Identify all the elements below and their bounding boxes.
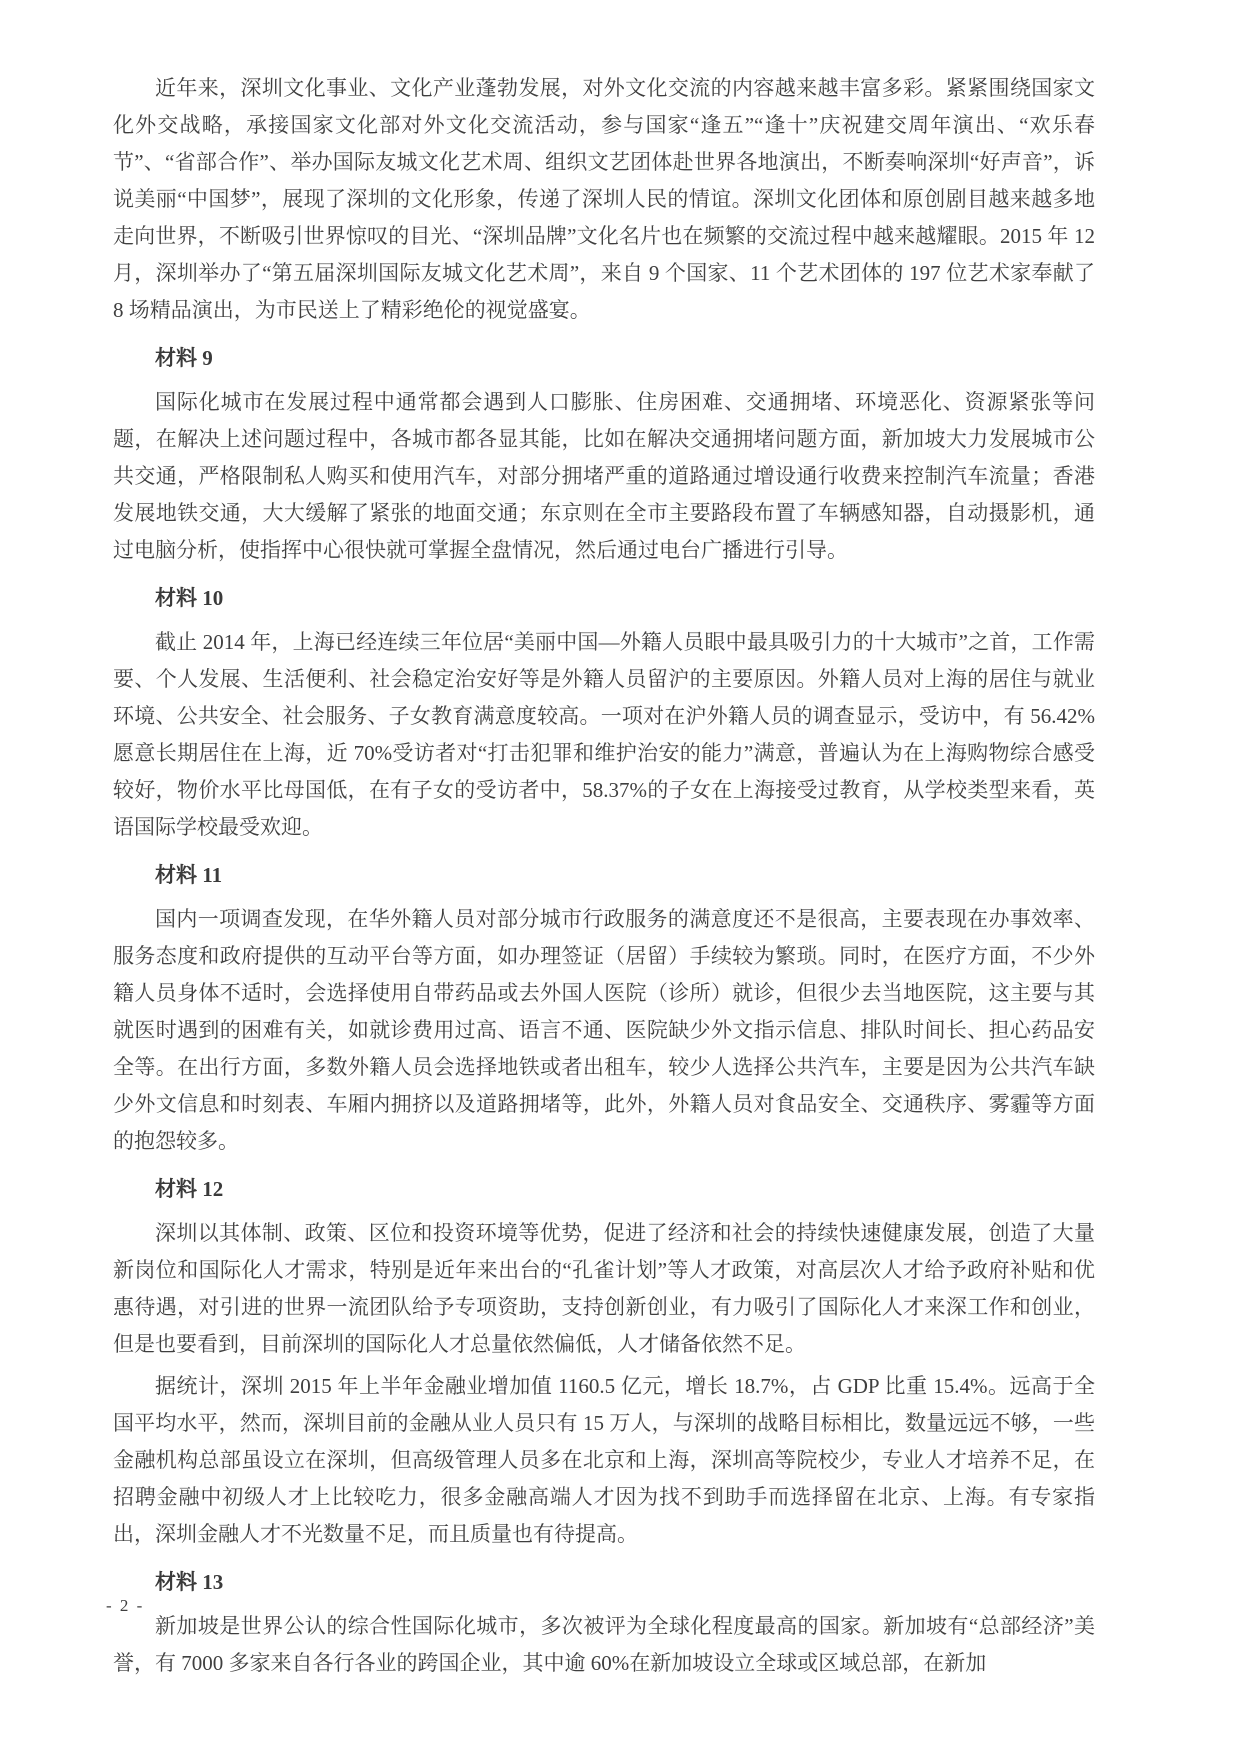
heading-material-9: 材料 9 — [113, 340, 1095, 377]
heading-material-13: 材料 13 — [113, 1564, 1095, 1601]
paragraph-material-11: 国内一项调查发现，在华外籍人员对部分城市行政服务的满意度还不是很高，主要表现在办… — [113, 901, 1095, 1160]
paragraph-material-13: 新加坡是世界公认的综合性国际化城市，多次被评为全球化程度最高的国家。新加坡有“总… — [113, 1608, 1095, 1682]
paragraph-material-12-part-2: 据统计，深圳 2015 年上半年金融业增加值 1160.5 亿元，增长 18.7… — [113, 1368, 1095, 1553]
document-page: 近年来，深圳文化事业、文化产业蓬勃发展，对外文化交流的内容越来越丰富多彩。紧紧围… — [0, 0, 1240, 1754]
document-content: 近年来，深圳文化事业、文化产业蓬勃发展，对外文化交流的内容越来越丰富多彩。紧紧围… — [113, 70, 1095, 1687]
paragraph-material-10: 截止 2014 年，上海已经连续三年位居“美丽中国—外籍人员眼中最具吸引力的十大… — [113, 624, 1095, 846]
paragraph-material-9: 国际化城市在发展过程中通常都会遇到人口膨胀、住房困难、交通拥堵、环境恶化、资源紧… — [113, 384, 1095, 569]
heading-material-11: 材料 11 — [113, 857, 1095, 894]
heading-material-10: 材料 10 — [113, 580, 1095, 617]
paragraph-culture-exchange: 近年来，深圳文化事业、文化产业蓬勃发展，对外文化交流的内容越来越丰富多彩。紧紧围… — [113, 70, 1095, 329]
paragraph-material-12-part-1: 深圳以其体制、政策、区位和投资环境等优势，促进了经济和社会的持续快速健康发展，创… — [113, 1215, 1095, 1363]
heading-material-12: 材料 12 — [113, 1171, 1095, 1208]
page-number: - 2 - — [106, 1596, 144, 1616]
